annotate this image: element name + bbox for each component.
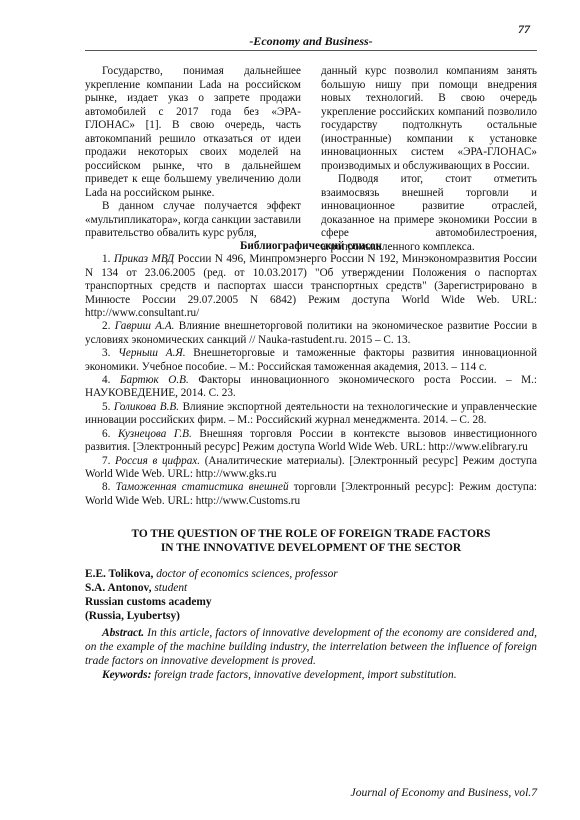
left-column: Государство, понимая дальнейшее укреплен… [85,65,301,254]
bibliography-entry: 1. Приказ МВД России N 496, Минпромэнерг… [85,253,537,320]
paragraph: данный курс позволил компаниям занять бо… [321,65,537,173]
author-line: S.A. Antonov, student [85,581,537,595]
bibliography-entry: 4. Бартюк О.В. Факторы инновационного эк… [85,374,537,401]
journal-footer: Journal of Economy and Business, vol.7 [330,786,537,799]
affiliation: Russian customs academy [85,595,537,609]
location: (Russia, Lyubertsy) [85,609,537,623]
bibliography: Библиографический список 1. Приказ МВД Р… [85,240,537,508]
running-header: -Economy and Business- [85,34,537,49]
bibliography-entry: 2. Гавриш А.А. Влияние внешнеторговой по… [85,320,537,347]
header-rule [85,50,537,51]
author-block: E.E. Tolikova, doctor of economics scien… [85,567,537,623]
bibliography-title: Библиографический список [85,240,537,253]
paragraph: В данном случае получается эффект «мульт… [85,200,301,241]
bibliography-entry: 6. Кузнецова Г.В. Внешняя торговля Росси… [85,428,537,455]
english-article-title: TO THE QUESTION OF THE ROLE OF FOREIGN T… [85,527,537,555]
bibliography-entry: 5. Голикова В.В. Влияние экспортной деят… [85,401,537,428]
right-column: данный курс позволил компаниям занять бо… [321,65,537,254]
author-line: E.E. Tolikova, doctor of economics scien… [85,567,537,581]
paragraph: Государство, понимая дальнейшее укреплен… [85,65,301,200]
bibliography-entry: 7. Россия в цифрах. (Аналитические матер… [85,455,537,482]
two-column-body: Государство, понимая дальнейшее укреплен… [85,65,537,254]
keywords: Keywords: foreign trade factors, innovat… [85,668,537,682]
bibliography-entry: 3. Черныш А.Я. Внешнеторговые и таможенн… [85,347,537,374]
abstract: Abstract. In this article, factors of in… [85,626,537,668]
bibliography-entry: 8. Таможенная статистика внешней торговл… [85,481,537,508]
abstract-block: Abstract. In this article, factors of in… [85,626,537,682]
